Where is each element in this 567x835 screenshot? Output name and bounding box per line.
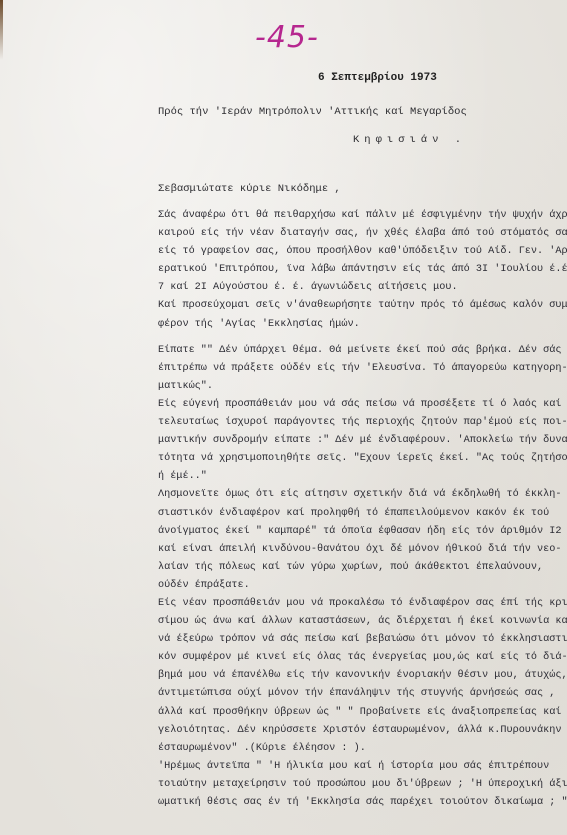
body-line: τοιαύτην μεταχείρησιν τού προσώπου μου δ… (158, 776, 567, 794)
body-line: σιαστικόν ένδιαφέρον καί προληφθή τό έπα… (158, 505, 567, 523)
body-line: άνοίγματος έκεί " καμπαρέ" τά όποϊα έφθα… (158, 523, 567, 541)
body-line: Είς εύγενή προσπάθειάν μου νά σάς πείσω … (158, 396, 567, 414)
body-line: ωματική θέσις σας έν τή 'Εκκλησία σάς πα… (158, 794, 567, 812)
body-line: 7 καί 2Ι Αύγούστου έ. έ. άγωνιώδεις αίτή… (158, 279, 567, 297)
paragraph-gap (158, 334, 567, 342)
body-line: καιρού είς τήν νέαν διαταγήν σας, ήν χθέ… (158, 225, 567, 243)
body-line: κόν συμφέρον μέ κινεί είς όλας τάς ένεργ… (158, 649, 567, 667)
letter-date: 6 Σεπτεμβρίου 1973 (318, 72, 437, 84)
body-line: γελοιότητας. Δέν κηρύσσετε Χριστόν έσταυ… (158, 722, 567, 740)
body-line: έσταυρωμένον" .(Κύριε έλέησον : ). (158, 740, 567, 758)
body-line: μαντικήν συνδρομήν είπατε :" Δέν μέ ένδι… (158, 432, 567, 450)
body-line: άντιμετώπισα ούχί μόνον τήν έπανάληψιν τ… (158, 685, 567, 703)
body-line: άλλά καί προσθήκην ύβρεων ώς " " Προβαίν… (158, 704, 567, 722)
body-line: νά έξεύρω τρόπον νά σάς πείσω καί βεβαιώ… (158, 631, 567, 649)
body-line: τότητα νά χρησιμοποιηθήτε σεϊς. "Εχουν ί… (158, 450, 567, 468)
body-line: είς τό γραφείον σας, όπου προσήλθον καθ'… (158, 243, 567, 261)
body-line: φέρον τής 'Αγίας 'Εκκλησίας ήμών. (158, 316, 567, 334)
body-line: Είπατε "" Δέν ύπάρχει θέμα. Θά μείνετε έ… (158, 342, 567, 360)
recipient-line: Πρός τήν 'Ιεράν Μητρόπολιν 'Αττικής καί … (158, 106, 467, 118)
body-line: Σάς άναφέρω ότι θά πειθαρχήσω καί πάλιν … (158, 207, 567, 225)
body-line: 'Ηρέμως άντεϊπα " 'Η ήλικία μου καί ή ίσ… (158, 758, 567, 776)
body-line: σίμου ώς άνω καί άλλων καταστάσεων, άς δ… (158, 613, 567, 631)
body-line: καί είναι άπειλή κινδύνου-θανάτου όχι δέ… (158, 541, 567, 559)
body-line: λαίαν τής πόλεως καί τών γύρω χωρίων, πο… (158, 559, 567, 577)
body-line: ματικώς". (158, 378, 567, 396)
letter-body: Σάς άναφέρω ότι θά πειθαρχήσω καί πάλιν … (158, 207, 567, 812)
body-line: Λησμονεϊτε όμως ότι είς αίτησιν σχετικήν… (158, 486, 567, 504)
handwritten-page-number: -45- (255, 20, 319, 55)
body-line: έπιτρέπω νά πράξετε ούδέν είς τήν 'Ελευσ… (158, 360, 567, 378)
body-line: ούδέν έπράξατε. (158, 577, 567, 595)
body-line: ή έμέ.." (158, 468, 567, 486)
body-line: Καί προσεύχομαι σεϊς ν'άναθεωρήσητε ταύτ… (158, 297, 567, 315)
body-line: τελευταίως ίσχυροί παράγοντες τής περιοχ… (158, 414, 567, 432)
recipient-city: Κηφισιάν . (353, 134, 466, 146)
body-line: βημά μου νά έπανέλθω είς τήν κανονικήν έ… (158, 667, 567, 685)
body-line: Είς νέαν προσπάθειάν μου νά προκαλέσω τό… (158, 595, 567, 613)
salutation: Σεβασμιώτατε κύριε Νικόδημε , (158, 183, 341, 195)
body-line: ερατικού 'Επιτρόπου, ϊνα λάβω άπάντησιν … (158, 261, 567, 279)
paper-edge-stain (0, 0, 3, 60)
